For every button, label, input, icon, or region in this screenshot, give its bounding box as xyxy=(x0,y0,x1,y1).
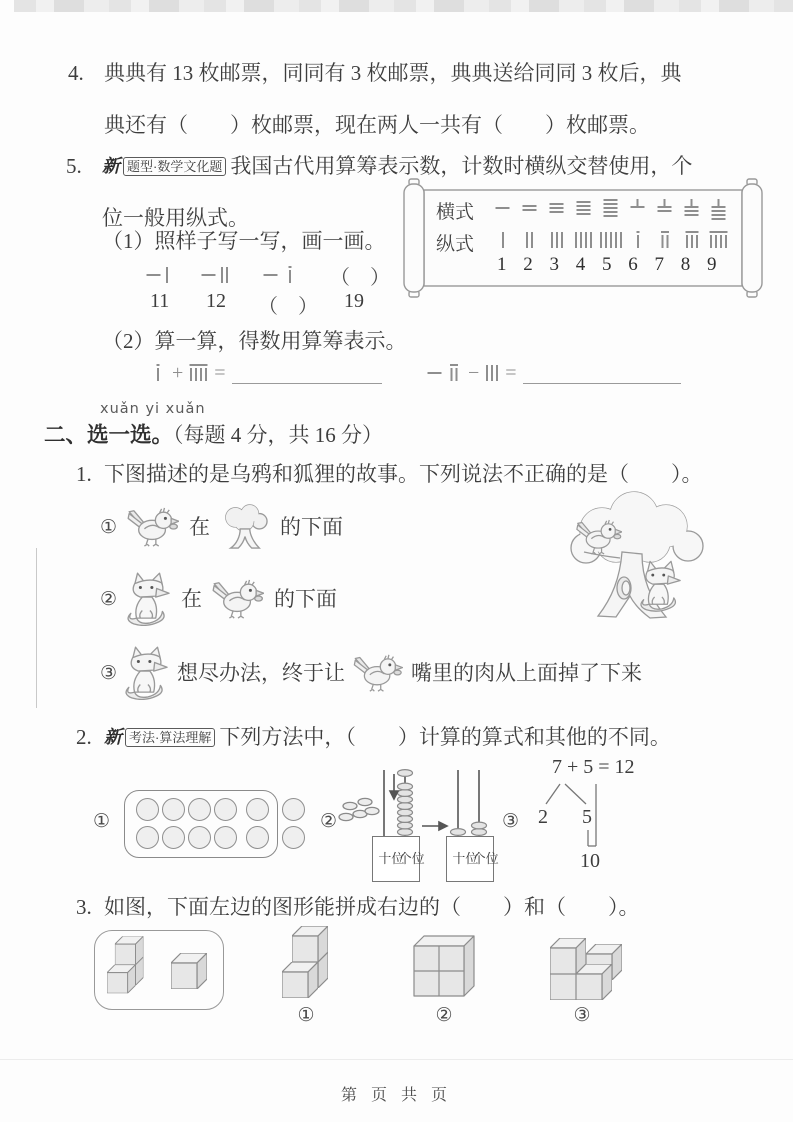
s2q1-number: 1. xyxy=(76,459,92,489)
shape-option-3-icon xyxy=(540,926,624,1002)
tens-place-label: 十位 xyxy=(378,852,393,867)
rod-numeral-12 xyxy=(200,262,229,288)
q5-part1-num1: 11 xyxy=(150,290,169,313)
scan-artifact-left-line xyxy=(36,548,37,708)
option3-lead: 想尽办法，终于让 xyxy=(177,658,345,688)
q5-part2-label: （2）算一算，得数用算筹表示。 xyxy=(102,326,407,356)
s2q2-opt2-mark: ② xyxy=(320,810,337,832)
s2q2-badge-label: 考法·算法理解 xyxy=(125,728,215,747)
expr2-rod-b xyxy=(485,360,499,386)
s2q3-label1: ① xyxy=(286,1004,326,1026)
ones-place-label: 个位 xyxy=(473,852,488,867)
given-pieces-box xyxy=(94,930,224,1010)
q4-line1: 典典有 13 枚邮票，同同有 3 枚邮票，典典送给同同 3 枚后，典 xyxy=(104,58,682,88)
rod-numeral-11 xyxy=(145,262,169,288)
s2q1-text: 下图描述的是乌鸦和狐狸的故事。下列说法不正确的是（ ）。 xyxy=(104,459,703,489)
option1-mark: ① xyxy=(100,516,117,538)
q5-line1: 新 题型·数学文化题 我国古代用算筹表示数，计数时横纵交替使用，个 xyxy=(102,151,692,181)
expr2-rod-a xyxy=(426,360,462,386)
expr1-equals: = xyxy=(214,362,225,385)
rod-numeral-16 xyxy=(262,262,298,288)
q5-badge-new: 新 xyxy=(102,153,120,179)
crow-icon xyxy=(127,506,179,548)
scan-artifact-top-edge xyxy=(14,0,793,12)
crow-icon xyxy=(212,578,264,620)
shape-option-1-icon xyxy=(282,926,330,1000)
decomposition-figure: 7 + 5 = 12 2 5 10 xyxy=(528,754,668,880)
s2q2-opt1-mark: ① xyxy=(93,810,110,832)
q5-part1-num4: 19 xyxy=(344,290,364,313)
q4-line2: 典还有（ ）枚邮票，现在两人一共有（ ）枚邮票。 xyxy=(104,110,650,140)
tens-place-label: 十位 xyxy=(452,852,467,867)
rod-expression-2: − = xyxy=(426,360,681,386)
expr1-answer-line xyxy=(232,363,382,384)
crow-fox-tree-illustration xyxy=(560,490,715,642)
q5-number: 5. xyxy=(66,151,82,181)
option3-tail: 嘴里的肉从上面掉了下来 xyxy=(411,658,642,688)
expr1-operator: + xyxy=(172,362,183,385)
number-answer-blank: （ ） xyxy=(258,290,318,319)
ones-place-label: 个位 xyxy=(399,852,414,867)
tree-icon xyxy=(220,504,270,550)
scroll-heng-label: 横式 xyxy=(436,197,474,224)
s2q1-option-3: ③ 想尽办法，终于让 嘴里的肉从上面掉了下来 xyxy=(100,642,642,704)
scroll-heng-rods xyxy=(490,195,731,221)
place-value-stands-figure: 十位 个位 十位 个位 xyxy=(338,762,504,886)
option1-mid: 在 xyxy=(189,512,210,542)
s2q3-label2: ② xyxy=(424,1004,464,1026)
expr2-operator: − xyxy=(468,362,479,385)
single-cube-icon xyxy=(171,953,207,989)
scan-artifact-footer-line xyxy=(0,1059,793,1060)
s2q2-line: 新 考法·算法理解 下列方法中，（ ）计算的算式和其他的不同。 xyxy=(104,722,671,752)
fox-icon xyxy=(125,646,169,700)
expr2-equals: = xyxy=(505,362,516,385)
q5-part1-num2: 12 xyxy=(206,290,226,313)
l-piece-icon xyxy=(107,936,145,995)
make-ten-dots-figure xyxy=(124,788,310,860)
decomp-sum: 10 xyxy=(580,850,600,873)
place-value-box-right: 十位 个位 xyxy=(446,836,494,882)
rod-expression-1: + = xyxy=(150,360,382,386)
worksheet-page: 4. 典典有 13 枚邮票，同同有 3 枚邮票，典典送给同同 3 枚后，典 典还… xyxy=(0,0,793,1122)
scroll-numbers: 1 2 3 4 5 6 7 8 9 xyxy=(497,254,717,276)
option2-tail: 的下面 xyxy=(274,584,337,614)
decomp-left: 2 xyxy=(538,806,548,829)
scroll-zong-label: 纵式 xyxy=(436,229,474,256)
decomp-right: 5 xyxy=(582,806,592,829)
rod-answer-blank: （ ） xyxy=(330,261,390,290)
q5-part1-label: （1）照样子写一写，画一画。 xyxy=(102,226,386,256)
scroll-zong-rods xyxy=(490,227,731,253)
option2-mid: 在 xyxy=(181,584,202,614)
shape-option-2-icon xyxy=(412,934,476,998)
expr1-rod-a xyxy=(150,360,166,386)
crow-icon xyxy=(353,653,403,693)
s2q1-option-1: ① 在 的下面 xyxy=(100,500,343,554)
section2-title: 二、选一选。 xyxy=(44,423,173,447)
s2q2-number: 2. xyxy=(76,722,92,752)
place-value-box-left: 十位 个位 xyxy=(372,836,420,882)
q4-number: 4. xyxy=(68,58,84,88)
fox-icon xyxy=(127,572,171,626)
q5-badge-label: 题型·数学文化题 xyxy=(123,157,226,176)
expr2-answer-line xyxy=(523,363,681,384)
section2-pinyin: xuǎn yi xuǎn xyxy=(100,401,206,417)
s2q2-text: 下列方法中，（ ）计算的算式和其他的不同。 xyxy=(219,722,671,752)
s2q3-label3: ③ xyxy=(562,1004,602,1026)
option2-mark: ② xyxy=(100,588,117,610)
counting-rod-scroll-figure: 横式 纵式 1 2 3 4 5 6 7 8 9 xyxy=(402,178,764,298)
option3-mark: ③ xyxy=(100,662,117,684)
page-footer: 第 页 共 页 xyxy=(0,1082,793,1105)
section2-header: 二、选一选。（每题 4 分，共 16 分） xyxy=(44,420,383,451)
expr1-rod-b xyxy=(189,360,208,386)
s2q3-number: 3. xyxy=(76,892,92,922)
s2q1-option-2: ② 在 的下面 xyxy=(100,568,337,630)
option1-tail: 的下面 xyxy=(280,512,343,542)
section2-score: （每题 4 分，共 16 分） xyxy=(173,423,383,447)
s2q2-badge-new: 新 xyxy=(104,724,122,750)
q5-text1: 我国古代用算筹表示数，计数时横纵交替使用，个 xyxy=(230,151,692,181)
s2q3-text: 如图，下面左边的图形能拼成右边的（ ）和（ ）。 xyxy=(104,892,640,922)
s2q2-opt3-mark: ③ xyxy=(502,810,519,832)
